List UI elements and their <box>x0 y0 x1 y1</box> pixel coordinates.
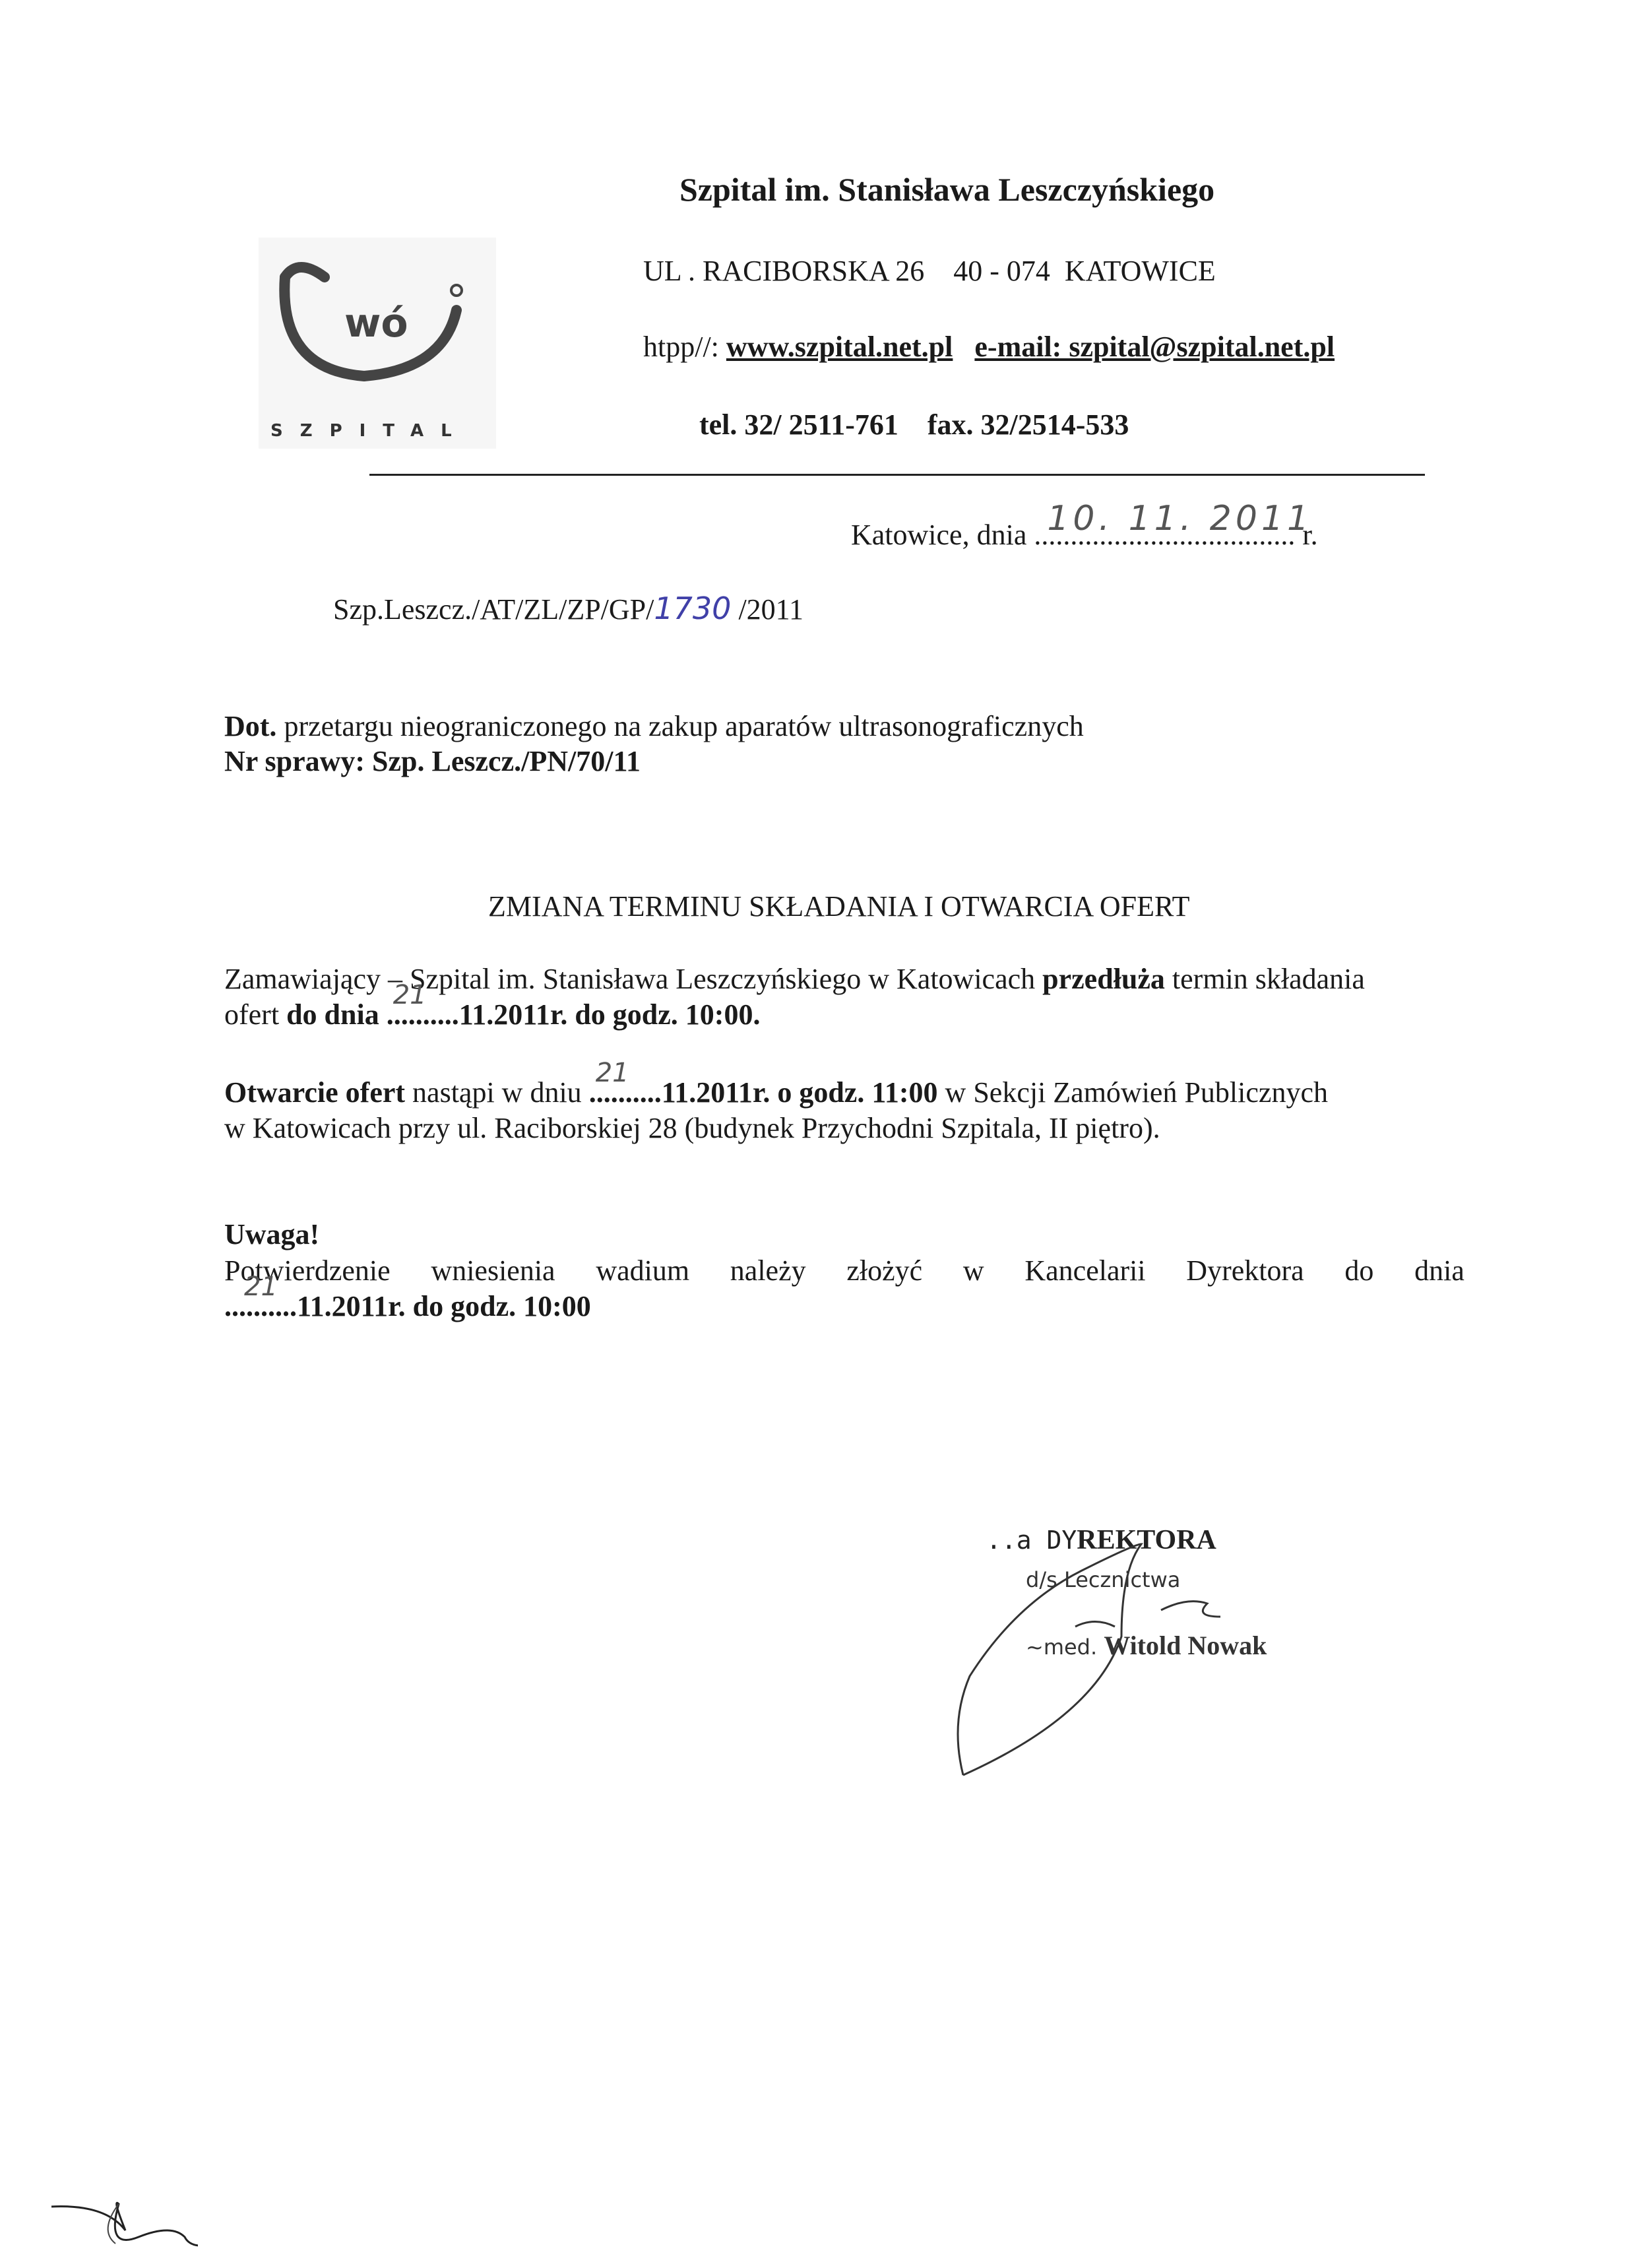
institution-name: Szpital im. Stanisława Leszczyńskiego <box>679 170 1214 209</box>
note-word: wniesienia <box>431 1254 555 1287</box>
p2-text-b: w Sekcji Zamówień Publicznych <box>938 1076 1328 1109</box>
reference-suffix: /2011 <box>731 593 803 626</box>
note-word: dnia <box>1414 1254 1464 1287</box>
note-line1: Potwierdzenie wniesienia wadium należy z… <box>224 1254 1464 1287</box>
notice-heading: ZMIANA TERMINU SKŁADANIA I OTWARCIA OFER… <box>488 890 1190 923</box>
handwritten-day: 21 <box>596 1058 629 1088</box>
hospital-logo: wó SZPITAL <box>259 238 496 449</box>
handwritten-reference: 1730 <box>654 591 731 626</box>
paragraph1-line2: ofert do dnia 21..........11.2011r. do g… <box>224 998 760 1031</box>
twoj-smile-logo-icon: wó <box>259 238 496 409</box>
note-word: złożyć <box>846 1254 922 1287</box>
logo-wordmark: SZPITAL <box>270 421 469 441</box>
date-line: Katowice, dnia .........................… <box>851 518 1318 552</box>
handwritten-date: 10. 11. 2011 <box>1047 499 1313 538</box>
note-word: wadium <box>596 1254 689 1287</box>
case-number: Nr sprawy: Szp. Leszcz./PN/70/11 <box>224 744 641 778</box>
subject-line: Dot. przetargu nieograniczonego na zakup… <box>224 709 1084 743</box>
address: UL . RACIBORSKA 26 40 - 074 KATOWICE <box>643 254 1216 288</box>
p2-opening-time: ..........11.2011r. o godz. 11:00 <box>589 1076 938 1109</box>
header-divider <box>369 474 1425 476</box>
p1-ofert: ofert <box>224 998 286 1031</box>
p1-deadline: ..........11.2011r. do godz. 10:00. <box>387 998 761 1031</box>
p1-bold: przedłuża <box>1042 963 1165 995</box>
contact-phone-fax: tel. 32/ 2511-761 fax. 32/2514-533 <box>699 408 1129 441</box>
paragraph2-line2: w Katowicach przy ul. Raciborskiej 28 (b… <box>224 1111 1160 1145</box>
director-signature-icon <box>924 1505 1319 1795</box>
date-label: Katowice, dnia <box>851 519 1034 551</box>
handwritten-day: 21 <box>393 980 427 1010</box>
website-link[interactable]: www.szpital.net.pl <box>726 331 953 363</box>
fax-number: fax. 32/2514-533 <box>928 408 1129 441</box>
p1-text-b: termin składania <box>1165 963 1365 995</box>
handwritten-day: 21 <box>244 1272 278 1302</box>
subject-text: przetargu nieograniczonego na zakup apar… <box>276 710 1083 742</box>
note-word: do <box>1344 1254 1373 1287</box>
phone-number: tel. 32/ 2511-761 <box>699 408 898 441</box>
web-prefix: htpp//: <box>643 331 726 363</box>
note-title: Uwaga! <box>224 1217 319 1251</box>
p2-text-a: nastąpi w dniu <box>405 1076 589 1109</box>
note-word: należy <box>730 1254 806 1287</box>
p2-bold-lead: Otwarcie ofert <box>224 1076 405 1109</box>
initials-signature-icon <box>40 2191 198 2257</box>
svg-text:wó: wó <box>344 300 408 346</box>
note-line2: 21..........11.2011r. do godz. 10:00 <box>224 1289 591 1323</box>
contact-web-email: htpp//: www.szpital.net.pl e-mail: szpit… <box>643 330 1335 364</box>
p1-do-dnia: do dnia <box>286 998 387 1031</box>
note-deadline: ..........11.2011r. do godz. 10:00 <box>224 1290 591 1322</box>
note-word: w <box>963 1254 984 1287</box>
reference-number: Szp.Leszcz./AT/ZL/ZP/GP/1730 /2011 <box>333 591 803 626</box>
subject-label: Dot. <box>224 710 276 742</box>
reference-prefix: Szp.Leszcz./AT/ZL/ZP/GP/ <box>333 593 654 626</box>
p1-text-a: Zamawiający – Szpital im. Stanisława Les… <box>224 963 1042 995</box>
email-link[interactable]: e-mail: szpital@szpital.net.pl <box>974 331 1335 363</box>
note-word: Dyrektora <box>1186 1254 1304 1287</box>
note-word: Kancelarii <box>1024 1254 1145 1287</box>
paragraph2-line1: Otwarcie ofert nastąpi w dniu 21........… <box>224 1076 1328 1109</box>
